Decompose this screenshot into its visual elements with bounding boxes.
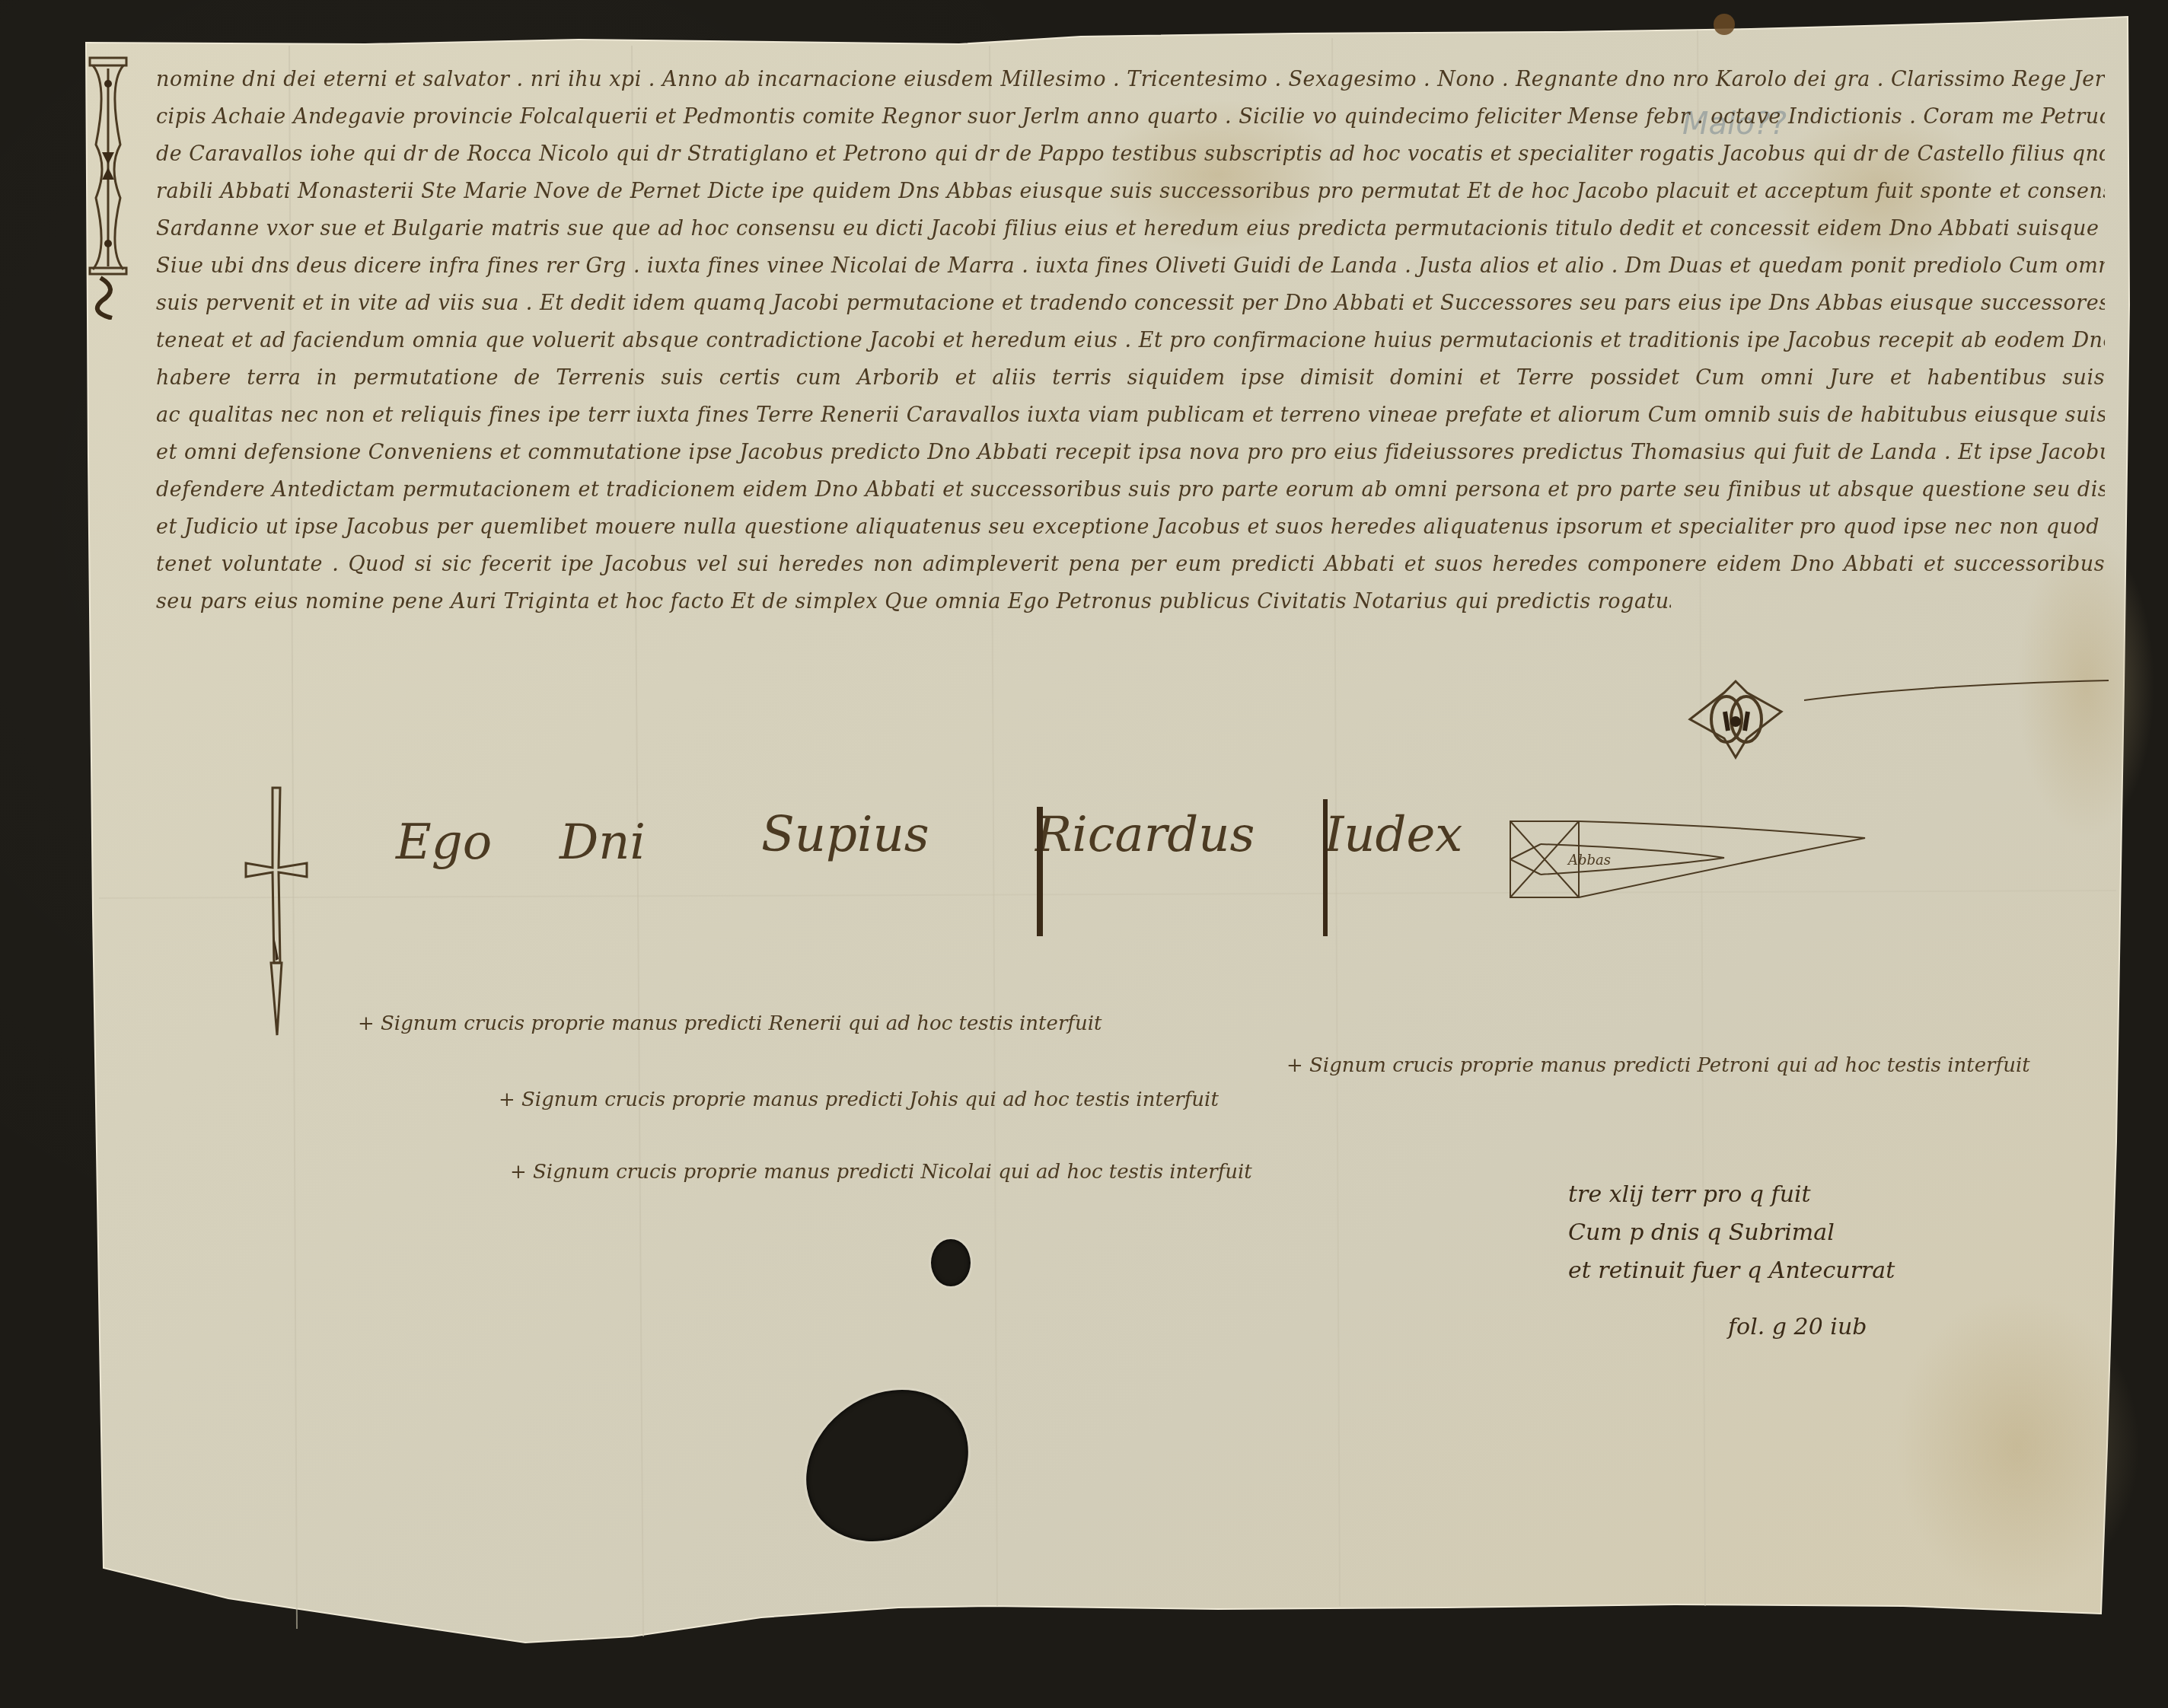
annotation-line: et retinuit fuer q Antecurrat bbox=[1568, 1252, 1895, 1290]
decorated-initial-I bbox=[85, 53, 131, 282]
iudex-stem bbox=[1323, 799, 1328, 936]
text-line: ac qualitas nec non et reliquis fines ip… bbox=[156, 397, 2105, 434]
text-line: seu pars eius nomine pene Auri Triginta … bbox=[156, 583, 1671, 620]
witness-line: + Signum crucis proprie manus predicti N… bbox=[510, 1161, 1252, 1184]
parchment-sheet: Malo?? nomine dni dei eterni et salvator… bbox=[0, 0, 2168, 1708]
small-hole bbox=[929, 1237, 973, 1289]
sign-iudex: Iudex bbox=[1325, 807, 1462, 863]
charter-main-text: nomine dni dei eterni et salvator . nri … bbox=[156, 61, 2105, 620]
ricardus-stem bbox=[1037, 807, 1043, 936]
text-line: teneat et ad faciendum omnia que volueri… bbox=[156, 322, 2105, 359]
text-line: defendere Antedictam permutacionem et tr… bbox=[156, 471, 2105, 508]
witness-line: + Signum crucis proprie manus predicti P… bbox=[1286, 1054, 2030, 1077]
notarial-flourish-line bbox=[1804, 670, 2124, 715]
annotation-line: Cum p dnis q Subrimal bbox=[1568, 1214, 1895, 1252]
witness-line: + Signum crucis proprie manus predicti R… bbox=[358, 1012, 1102, 1035]
annotation-line: tre xlij terr pro q fuit bbox=[1568, 1176, 1895, 1214]
text-line: et omni defensione Conveniens et commuta… bbox=[156, 434, 2105, 471]
notary-signum-icon bbox=[1507, 818, 1873, 902]
annotation-line: fol. g 20 iub bbox=[1728, 1308, 1895, 1346]
text-line: nomine dni dei eterni et salvator . nri … bbox=[156, 61, 2105, 98]
wax-spot bbox=[1714, 14, 1735, 35]
witness-line: + Signum crucis proprie manus predicti J… bbox=[499, 1088, 1219, 1111]
text-line: et Judicio ut ipse Jacobus per quemlibet… bbox=[156, 508, 2105, 546]
cross-sign-icon bbox=[242, 784, 311, 1043]
text-line: Sardanne vxor sue et Bulgarie matris sue… bbox=[156, 210, 2105, 247]
notarial-quatrefoil-icon bbox=[1682, 677, 1804, 761]
sign-ricardus: Ricardus bbox=[1035, 807, 1255, 863]
sign-supius: Supius bbox=[761, 807, 929, 863]
text-line: cipis Achaie Andegavie provincie Folcalq… bbox=[156, 98, 2105, 135]
initial-flourish bbox=[85, 274, 131, 320]
text-line: de Caravallos iohe qui dr de Rocca Nicol… bbox=[156, 135, 2105, 173]
sign-ego: Ego bbox=[396, 814, 492, 871]
later-annotation: tre xlij terr pro q fuit Cum p dnis q Su… bbox=[1568, 1176, 1895, 1346]
text-line: suis pervenit et in vite ad viis sua . E… bbox=[156, 285, 2105, 322]
text-line: habere terra in permutatione de Terrenis… bbox=[156, 359, 2105, 397]
signa-row: Ego Dni Supius Ricardus Iudex Abbas bbox=[0, 776, 2168, 1035]
text-line: tenet voluntate . Quod si sic fecerit ip… bbox=[156, 546, 2105, 583]
sign-dominus: Dni bbox=[560, 814, 646, 871]
notary-signum-text: Abbas bbox=[1568, 852, 1611, 868]
text-line: rabili Abbati Monasterii Ste Marie Nove … bbox=[156, 173, 2105, 210]
text-line: Siue ubi dns deus dicere infra fines rer… bbox=[156, 247, 2105, 285]
